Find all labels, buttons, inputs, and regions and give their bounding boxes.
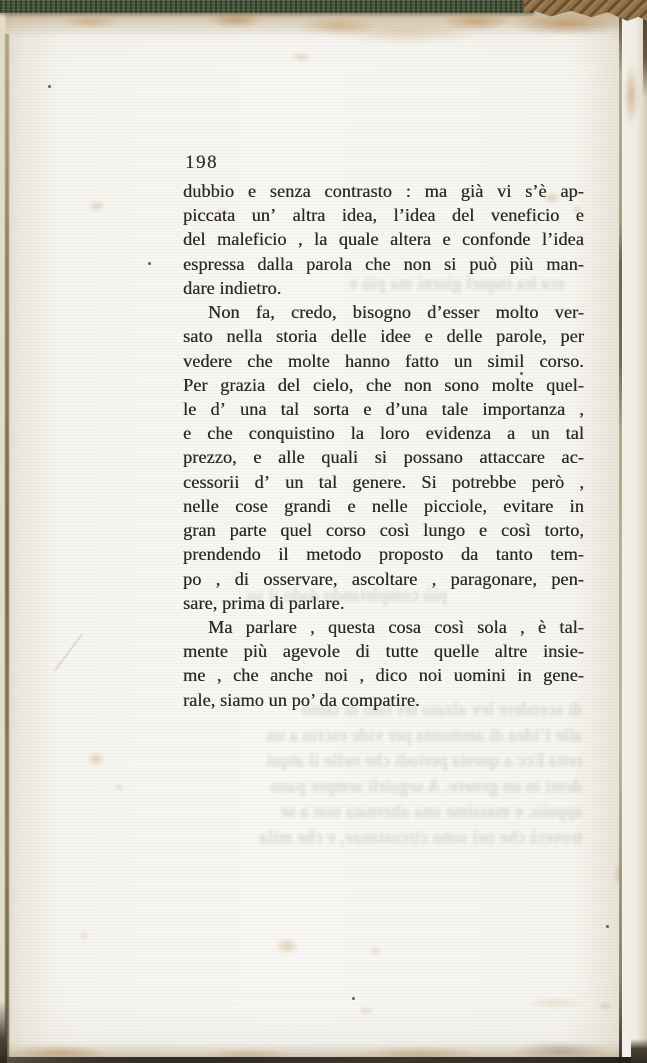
text-line: nellecosegrandienellepicciole,evitarein (183, 494, 584, 518)
fox-spot (76, 930, 92, 942)
showthrough-text-line: appuio, e massime una alternata non a se (160, 799, 582, 825)
text-line: cessoriid’untalgenere.Sipotrebbeperò, (183, 470, 584, 494)
fox-spot (84, 750, 108, 768)
text-line: dubbioesenzacontrasto:magiàvis’èap- (183, 179, 584, 203)
text-line: prendendoilmetodopropostodatantotem- (183, 542, 584, 566)
fox-spot (272, 935, 302, 957)
fore-edge-page-strip (622, 10, 647, 1063)
text-line: vederechemoltehannofattounsimilcorso. (183, 349, 584, 373)
right-edge-shadow-top (643, 10, 647, 98)
text-line: mentepiùagevoledituttequellealtreinsie- (183, 639, 584, 663)
ghost-block: di scendere lev alzaio les tuto di tanto… (160, 697, 582, 850)
text-line: piccataun’altraidea,l’ideadelveneficioe (183, 203, 584, 227)
text-line: me,cheanchenoi,diconoiuominiingene- (183, 663, 584, 687)
text-line: granpartequelcorsocosìlungoecosìtorto, (183, 518, 584, 542)
fox-spot (112, 782, 126, 792)
text-line: led’unatalsortaed’unataleimportanza, (183, 397, 584, 421)
fox-spot (596, 1000, 614, 1012)
text-line: Nonfa,credo,bisognod’essermoltover- (183, 300, 584, 324)
book-cover-cloth-edge (0, 0, 534, 13)
ink-speck (48, 85, 51, 88)
text-line: echeconquistinolaloroevidenzaauntal (183, 421, 584, 445)
foxing-stain-bottom-edge (0, 1039, 647, 1059)
page-edge-separation-line (619, 12, 622, 1063)
text-line: prezzo,eallequalisipossanoattaccareac- (183, 445, 584, 469)
text-line: dare indietro. (183, 276, 584, 300)
ink-speck (352, 997, 355, 1000)
text-line: espressadallaparolachenonsipuòpiùman- (183, 252, 584, 276)
showthrough-text-line: alle l’idea di ammonta per vide escrin a… (160, 723, 582, 749)
paper-crease-line (55, 633, 83, 670)
bottom-right-shadow (631, 1039, 647, 1063)
page-number: 198 (185, 152, 218, 174)
bottom-left-shadow (0, 1001, 7, 1063)
fox-spot (356, 1005, 376, 1017)
text-line: delmaleficio,laqualealteraeconfondel’ide… (183, 227, 584, 251)
foxing-stain-top-edge (6, 10, 623, 48)
showthrough-text-line: troverà che nel sono circostanze, e che … (160, 825, 582, 851)
ink-speck (148, 262, 151, 265)
ink-speck (606, 925, 609, 928)
fox-spot (288, 50, 314, 64)
book-page-scan: era lra inquel giorni ma più e più compl… (0, 0, 647, 1063)
text-line: Maparlare,questacosacosìsola,ètal- (183, 615, 584, 639)
page-bottom-edge-shadow (0, 1057, 647, 1063)
text-block: dubbioesenzacontrasto:magiàvis’èap-picca… (183, 179, 584, 712)
text-line: rale, siamo un po’ da compatire. (183, 688, 584, 712)
showthrough-text-line: retta Ecc a questa periodi che nelle il … (160, 748, 582, 774)
fox-spot (520, 995, 590, 1011)
fox-spot (366, 945, 384, 957)
gutter-fold-line (5, 34, 9, 1063)
text-line: po,diosservare,ascoltare,paragonare,pen- (183, 567, 584, 591)
text-line: Pergraziadelcielo,chenonsonomoltequel- (183, 373, 584, 397)
fore-edge-stain (623, 55, 640, 135)
showthrough-text-line: denti in un genere. A seguirli sempre pa… (160, 774, 582, 800)
text-line: satonellastoriadelleideeedelleparole,per (183, 324, 584, 348)
fox-spot (86, 198, 108, 214)
text-line: sare, prima di parlare. (183, 591, 584, 615)
